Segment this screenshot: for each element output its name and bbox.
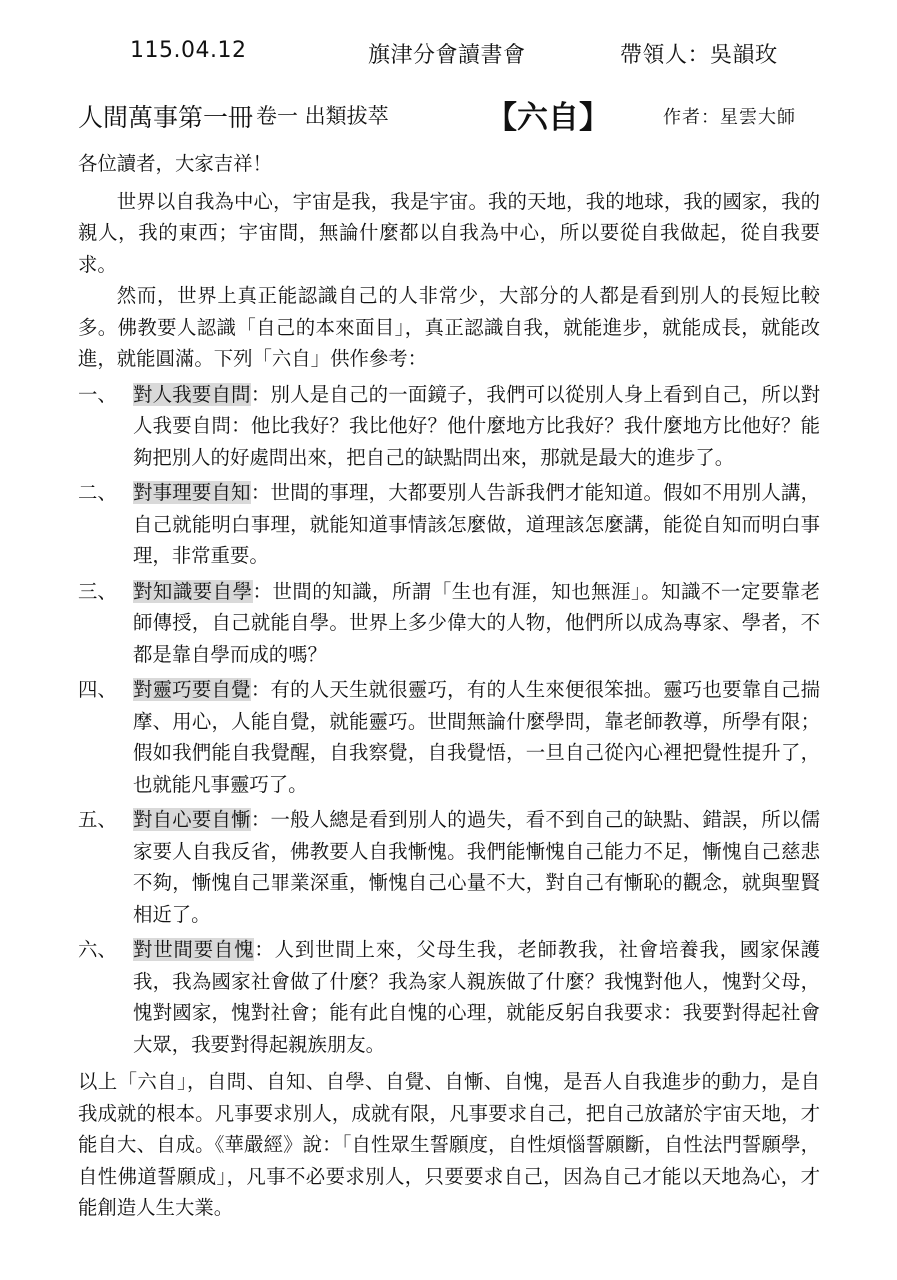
article-body: 各位讀者，大家吉祥！ 世界以自我為中心，宇宙是我，我是宇宙。我的天地，我的地球，… — [78, 148, 820, 1224]
list-item: 六、對世間要自愧：人到世間上來，父母生我，老師教我，社會培養我，國家保護我，我為… — [78, 934, 820, 1060]
item-heading: 對人我要自問 — [133, 383, 251, 406]
greeting: 各位讀者，大家吉祥！ — [78, 148, 820, 180]
item-number: 六、 — [78, 934, 117, 966]
book-title: 人間萬事第一冊 — [78, 98, 253, 134]
organization-name: 旗津分會讀書會 — [368, 38, 526, 69]
item-number: 一、 — [78, 379, 117, 411]
paragraph: 世界以自我為中心，宇宙是我，我是宇宙。我的天地，我的地球，我的國家，我的親人，我… — [78, 186, 820, 281]
list-item: 三、對知識要自學：世間的知識，所謂「生也有涯，知也無涯」。知識不一定要靠老師傳授… — [78, 576, 820, 671]
item-heading: 對自心要自慚 — [133, 808, 251, 831]
volume-title: 卷一 出類拔萃 — [256, 100, 389, 130]
item-number: 四、 — [78, 674, 117, 706]
conclusion: 以上「六自」，自問、自知、自學、自覺、自慚、自愧，是吾人自我進步的動力，是自我成… — [78, 1066, 820, 1224]
item-number: 二、 — [78, 477, 117, 509]
topic-title: 【六自】 — [486, 92, 610, 137]
title-row: 人間萬事第一冊 卷一 出類拔萃 【六自】 作者：星雲大師 — [78, 96, 838, 136]
item-heading: 對事理要自知 — [133, 481, 251, 504]
item-heading: 對世間要自愧 — [133, 938, 254, 961]
list-item: 二、對事理要自知：世間的事理，大都要別人告訴我們才能知道。假如不用別人講，自己就… — [78, 477, 820, 572]
author: 作者：星雲大師 — [663, 103, 796, 129]
item-heading: 對靈巧要自覺 — [133, 678, 251, 701]
list-item: 一、對人我要自問：別人是自己的一面鏡子，我們可以從別人身上看到自己，所以對人我要… — [78, 379, 820, 474]
list-item: 五、對自心要自慚：一般人總是看到別人的過失，看不到自己的缺點、錯誤，所以儒家要人… — [78, 804, 820, 930]
paragraph: 然而，世界上真正能認識自己的人非常少，大部分的人都是看到別人的長短比較多。佛教要… — [78, 280, 820, 375]
list-item: 四、對靈巧要自覺：有的人天生就很靈巧，有的人生來便很笨拙。靈巧也要靠自己揣摩、用… — [78, 674, 820, 800]
item-number: 五、 — [78, 804, 117, 836]
meeting-date: 115.04.12 — [130, 38, 246, 63]
leader-name: 帶領人：吳韻玫 — [620, 38, 778, 69]
item-heading: 對知識要自學 — [133, 580, 253, 603]
item-number: 三、 — [78, 576, 117, 608]
